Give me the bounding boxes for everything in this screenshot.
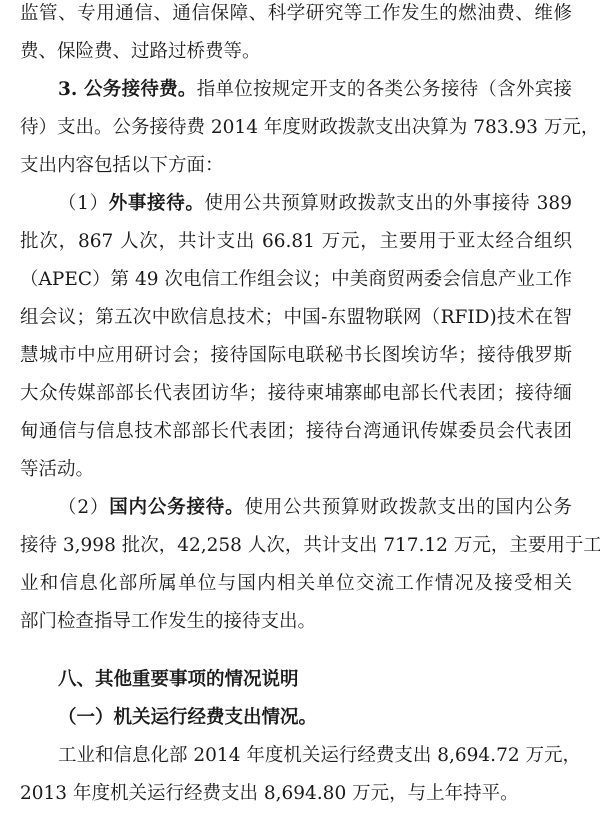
text: （1） <box>58 193 109 214</box>
text-line: 3. 公务接待费。指单位按规定开支的各类公务接待（含外宾接 <box>58 71 572 109</box>
text-line: 待）支出。公务接待费 2014 年度财政拨款支出决算为 783.93 万元， <box>20 109 572 147</box>
item-heading: 国内公务接待。 <box>109 497 244 518</box>
subsection-heading: （一）机关运行经费支出情况。 <box>58 699 572 737</box>
text: 大众传媒部部长代表团访华；接待柬埔寨邮电部长代表团；接待缅 <box>20 383 572 404</box>
text: 批次，867 人次，共计支出 66.81 万元，主要用于亚太经合组织 <box>20 231 572 252</box>
text: （一）机关运行经费支出情况。 <box>58 707 317 728</box>
text-line: 大众传媒部部长代表团访华；接待柬埔寨邮电部长代表团；接待缅 <box>20 375 572 413</box>
text-line: 甸通信与信息技术部部长代表团；接待台湾通讯传媒委员会代表团 <box>20 413 572 451</box>
item-heading: 3. 公务接待费。 <box>58 79 197 100</box>
text-line: 监管、专用通信、通信保障、科学研究等工作发生的燃油费、维修 <box>20 0 572 33</box>
text: 八、其他重要事项的情况说明 <box>58 669 299 690</box>
text: 监管、专用通信、通信保障、科学研究等工作发生的燃油费、维修 <box>20 3 572 24</box>
text-line: 2013 年度机关运行经费支出 8,694.80 万元，与上年持平。 <box>20 775 572 813</box>
text-line: 接待 3,998 批次，42,258 人次，共计支出 717.12 万元，主要用… <box>20 527 572 565</box>
text: 慧城市中应用研讨会；接待国际电联秘书长图埃访华；接待俄罗斯 <box>20 345 572 366</box>
text: 使用公共预算财政拨款支出的外事接待 389 <box>205 193 572 214</box>
text-line: 批次，867 人次，共计支出 66.81 万元，主要用于亚太经合组织 <box>20 223 572 261</box>
text: 支出内容包括以下方面： <box>20 155 224 176</box>
text: 工业和信息化部 2014 年度机关运行经费支出 8,694.72 万元， <box>58 745 581 766</box>
text-line: 组会议；第五次中欧信息技术；中国-东盟物联网（RFID)技术在智 <box>20 299 572 337</box>
text: 待）支出。公务接待费 2014 年度财政拨款支出决算为 783.93 万元， <box>20 117 599 138</box>
text: （2） <box>58 497 109 518</box>
text: 费、保险费、过路过桥费等。 <box>20 41 261 62</box>
text-line: （1）外事接待。使用公共预算财政拨款支出的外事接待 389 <box>58 185 572 223</box>
text: 等活动。 <box>20 459 94 480</box>
text-line: 支出内容包括以下方面： <box>20 147 572 185</box>
section-heading: 八、其他重要事项的情况说明 <box>58 661 572 699</box>
text-line: 工业和信息化部 2014 年度机关运行经费支出 8,694.72 万元， <box>58 737 572 775</box>
text: （APEC）第 49 次电信工作组会议；中美商贸两委会信息产业工作 <box>20 269 572 290</box>
text: 组会议；第五次中欧信息技术；中国-东盟物联网（RFID)技术在智 <box>20 307 572 328</box>
text-line: （APEC）第 49 次电信工作组会议；中美商贸两委会信息产业工作 <box>20 261 572 299</box>
text-line: 部门检查指导工作发生的接待支出。 <box>20 603 572 641</box>
item-heading: 外事接待。 <box>109 193 205 214</box>
text: 甸通信与信息技术部部长代表团；接待台湾通讯传媒委员会代表团 <box>20 421 572 442</box>
text: 使用公共预算财政拨款支出的国内公务 <box>244 497 572 518</box>
text: 部门检查指导工作发生的接待支出。 <box>20 611 316 632</box>
text: 业和信息化部所属单位与国内相关单位交流工作情况及接受相关 <box>20 573 572 594</box>
text-line: 业和信息化部所属单位与国内相关单位交流工作情况及接受相关 <box>20 565 572 603</box>
text: 2013 年度机关运行经费支出 8,694.80 万元，与上年持平。 <box>20 783 519 804</box>
text: 指单位按规定开支的各类公务接待（含外宾接 <box>197 79 572 100</box>
text-line: （2）国内公务接待。使用公共预算财政拨款支出的国内公务 <box>58 489 572 527</box>
text: 接待 3,998 批次，42,258 人次，共计支出 717.12 万元，主要用… <box>20 535 600 556</box>
text-line: 等活动。 <box>20 451 572 489</box>
text-line: 费、保险费、过路过桥费等。 <box>20 33 572 71</box>
text-line: 慧城市中应用研讨会；接待国际电联秘书长图埃访华；接待俄罗斯 <box>20 337 572 375</box>
